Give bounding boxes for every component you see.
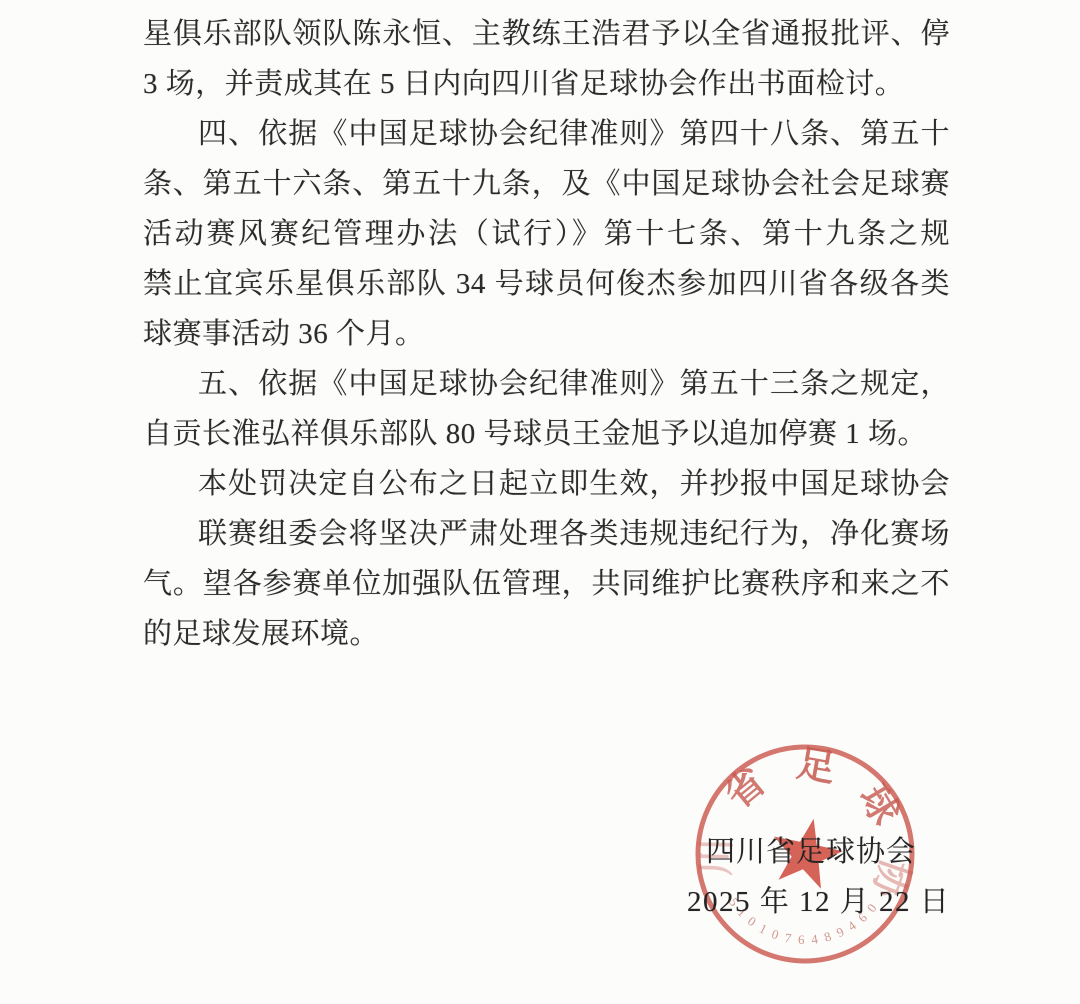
seal-arc-char: 会 — [685, 729, 709, 738]
document-line: 五、依据《中国足球协会纪律准则》第五十三条之规定，对 — [143, 359, 950, 409]
document-page: 星俱乐部队领队陈永恒、主教练王浩君予以全省通报批评、停赛 3 场，并责成其在 5… — [0, 0, 1080, 1004]
document-body: 星俱乐部队领队陈永恒、主教练王浩君予以全省通报批评、停赛 3 场，并责成其在 5… — [143, 9, 950, 659]
document-line: 球赛事活动 36 个月。 — [143, 309, 950, 359]
document-line: 条、第五十六条、第五十九条，及《中国足球协会社会足球赛事 — [143, 159, 950, 209]
document-line: 四、依据《中国足球协会纪律准则》第四十八条、第五十三 — [143, 109, 950, 159]
seal-arc-char: 省 — [718, 755, 781, 817]
document-line: 3 场，并责成其在 5 日内向四川省足球协会作出书面检讨。 — [143, 59, 950, 109]
signature-organization: 四川省足球协会 — [706, 829, 916, 870]
document-line: 活动赛风赛纪管理办法（试行）》第十七条、第十九条之规定， — [143, 209, 950, 259]
seal-arc-char: 四 — [685, 729, 709, 738]
seal-arc-char: 足 — [794, 743, 848, 793]
document-line: 本处罚决定自公布之日起立即生效，并抄报中国足球协会备案。 — [143, 459, 950, 509]
document-line: 气。望各参赛单位加强队伍管理，共同维护比赛秩序和来之不易 — [143, 559, 950, 609]
document-line: 星俱乐部队领队陈永恒、主教练王浩君予以全省通报批评、停赛 — [143, 9, 950, 59]
document-line: 自贡长淮弘祥俱乐部队 80 号球员王金旭予以追加停赛 1 场。 — [143, 409, 950, 459]
document-line: 禁止宜宾乐星俱乐部队 34 号球员何俊杰参加四川省各级各类足 — [143, 259, 950, 309]
document-line: 的足球发展环境。 — [143, 609, 950, 659]
document-line: 联赛组委会将坚决严肃处理各类违规违纪行为，净化赛场风 — [143, 509, 950, 559]
signature-date: 2025 年 12 月 22 日 — [687, 879, 950, 920]
